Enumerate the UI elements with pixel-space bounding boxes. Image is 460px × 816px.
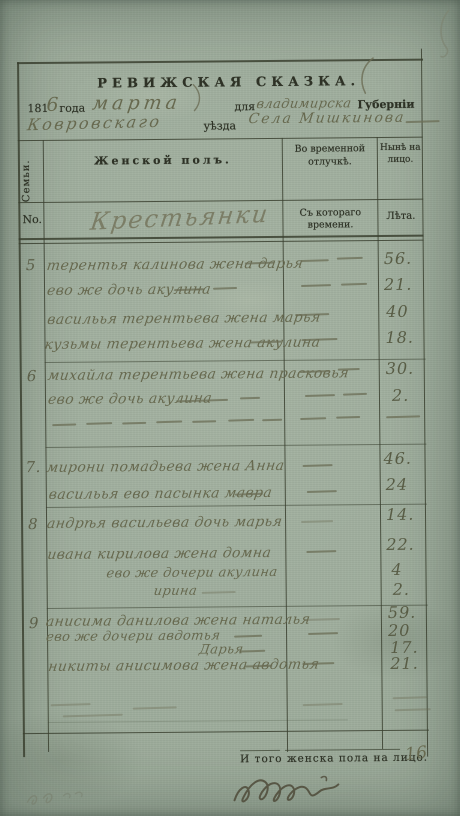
- age-value: 22.: [386, 535, 415, 554]
- age-value: 14.: [386, 505, 415, 524]
- family-number: 5: [26, 256, 36, 274]
- age-value: 2.: [392, 386, 409, 405]
- group-divider: [45, 359, 426, 363]
- age-value: 59.: [388, 603, 417, 622]
- person-name: терентья калинова жена дарья: [46, 256, 304, 274]
- family-number: 8: [28, 515, 38, 533]
- person-name: анисима данилова жена наталья: [45, 612, 312, 630]
- person-name: кузьмы терентьева жена акулина: [43, 335, 321, 353]
- group-divider: [47, 605, 428, 609]
- pencil-scribble: [23, 784, 93, 813]
- pencil-stroke: [433, 8, 455, 60]
- column-header-years: Лѣта.: [378, 211, 423, 222]
- column-header-family: Семьи.: [21, 146, 32, 202]
- person-name: ево же дочери акулина: [106, 565, 279, 582]
- column-header-absence-2: отлучкѣ.: [283, 156, 377, 168]
- age-value: 40: [386, 302, 409, 321]
- age-value: 18.: [385, 328, 414, 347]
- person-name: Дарья: [198, 642, 244, 657]
- column-header-since-2: времени.: [283, 219, 377, 231]
- document-page: РЕВИЖСКАЯ СКАЗКА. 181 6 года марта для в…: [0, 0, 460, 816]
- age-value: 30.: [386, 359, 415, 378]
- table-header-top-rule: [18, 137, 423, 142]
- month-handwritten: марта: [91, 92, 182, 115]
- age-value: 21.: [390, 654, 419, 673]
- column-header-present-1: Нынѣ на: [378, 143, 423, 153]
- family-number: 7.: [26, 458, 41, 476]
- year-printed: 181: [27, 102, 48, 115]
- year-handwritten: 6: [46, 94, 59, 116]
- total-overline: [240, 750, 280, 751]
- estate-handwritten: Крестьянки: [89, 200, 271, 236]
- person-name: никиты анисимова жена авдотья: [47, 657, 320, 675]
- family-number: 9: [29, 614, 39, 632]
- year-word: года: [59, 102, 85, 115]
- total-overline: [285, 749, 400, 751]
- person-name: михайла терентьева жена прасковья: [47, 365, 350, 384]
- person-name: мирони помадьева жена Анна: [46, 458, 286, 476]
- column-header-since-1: Съ котораго: [283, 207, 377, 219]
- group-divider: [45, 444, 426, 448]
- age-value: 2.: [393, 580, 410, 599]
- uyezd-handwritten: Ковровскаго: [26, 112, 163, 135]
- age-value: 46.: [383, 449, 412, 468]
- page-title: РЕВИЖСКАЯ СКАЗКА.: [97, 74, 357, 91]
- column-header-absence-1: Во временной: [283, 143, 377, 155]
- age-value: 56.: [384, 249, 413, 268]
- person-name: васильья терентьева жена марья: [46, 310, 322, 328]
- signature-flourish: [228, 769, 348, 810]
- pen-stroke-close-paren: [189, 83, 205, 113]
- column-header-sex: Женской полъ.: [44, 153, 282, 168]
- person-name: ирина: [153, 584, 198, 599]
- person-name: андрѣя васильева дочь марья: [46, 514, 283, 532]
- column-header-no: No.: [22, 213, 42, 226]
- total-value-handwritten: 16: [404, 743, 429, 765]
- age-value: 21.: [384, 275, 413, 294]
- scanned-sheet: РЕВИЖСКАЯ СКАЗКА. 181 6 года марта для в…: [0, 0, 460, 816]
- frame-bottom-rule: [23, 730, 429, 735]
- column-header-present-2: лицо.: [378, 155, 423, 165]
- group-divider: [46, 504, 427, 508]
- age-value: 24: [386, 475, 409, 494]
- table-header-bottom-rule-2: [19, 240, 424, 245]
- village-handwritten: Села Мишкинова: [248, 110, 407, 127]
- pen-stroke-open-paren: [353, 55, 379, 95]
- family-number: 6: [27, 367, 37, 385]
- total-label: И того женска пола на лицо.: [240, 752, 428, 766]
- person-name: ево же дочери авдотья: [45, 628, 221, 645]
- age-value: 4: [391, 560, 402, 579]
- uyezd-word: уѣзда: [204, 119, 237, 132]
- person-name: ивана кирилова жена домна: [46, 545, 272, 563]
